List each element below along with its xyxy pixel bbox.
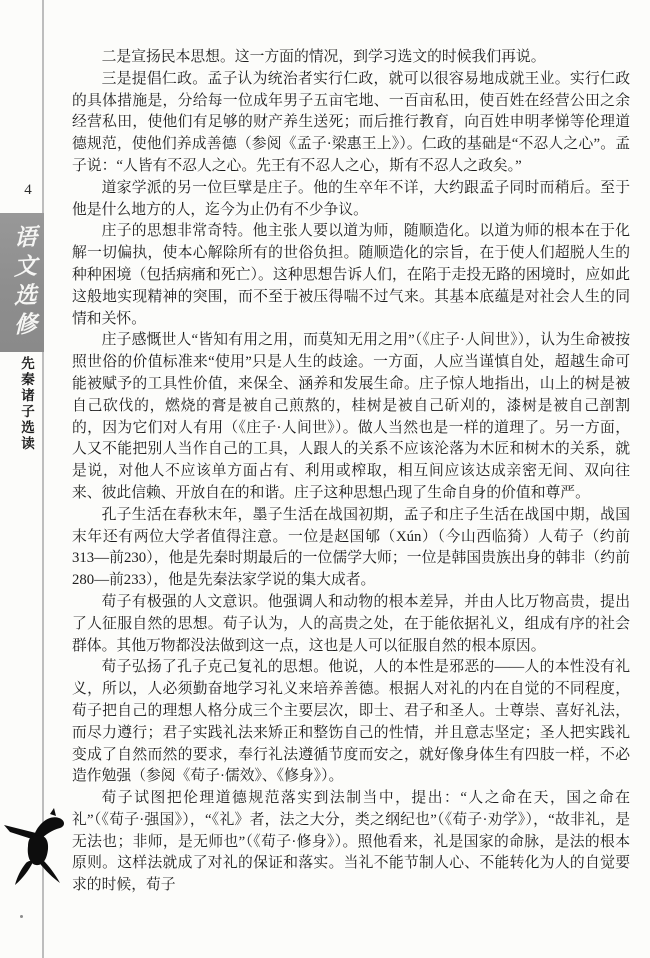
series-title-block: 语文选修 <box>0 213 44 352</box>
ink-figure-icon <box>2 804 68 890</box>
body-paragraph: 孔子生活在春秋末年，墨子生活在战国初期，孟子和庄子生活在战国中期，战国末年还有两… <box>72 505 630 592</box>
page-body-text: 二是宣扬民本思想。这一方面的情况，到学习选文的时候我们再说。 三是提倡仁政。孟子… <box>72 47 630 897</box>
body-paragraph: 二是宣扬民本思想。这一方面的情况，到学习选文的时候我们再说。 <box>72 47 630 69</box>
body-paragraph: 三是提倡仁政。孟子认为统治者实行仁政，就可以很容易地成就王业。实行仁政的具体措施… <box>72 69 630 178</box>
body-paragraph: 荀子试图把伦理道德规范落实到法制当中，提出：“人之命在天，国之命在礼”（《荀子·… <box>72 788 630 897</box>
ink-speck <box>20 915 23 918</box>
book-title-vertical: 先秦诸子选读 <box>16 356 36 466</box>
scanned-textbook-page: 4 语文选修 先秦诸子选读 二是宣扬民本思想。这一方面的情况，到学习选文的时候我… <box>0 0 650 958</box>
series-title-calligraphy: 语文选修 <box>11 224 34 341</box>
body-paragraph: 道家学派的另一位巨擘是庄子。他的生卒年不详，大约跟孟子同时而稍后。至于他是什么地… <box>72 178 630 222</box>
body-paragraph: 荀子弘扬了孔子克己复礼的思想。他说，人的本性是邪恶的——人的本性没有礼义，所以，… <box>72 657 630 788</box>
page-number: 4 <box>20 182 36 199</box>
body-paragraph: 庄子的思想非常奇特。他主张人要以道为师，随顺造化。以道为师的根本在于化解一切偏执… <box>72 221 630 330</box>
body-paragraph: 庄子感慨世人“皆知有用之用，而莫知无用之用”（《庄子·人间世》），认为生命被按照… <box>72 330 630 504</box>
body-paragraph: 荀子有极强的人文意识。他强调人和动物的根本差异，并由人比万物高贵，提出了人征服自… <box>72 592 630 657</box>
